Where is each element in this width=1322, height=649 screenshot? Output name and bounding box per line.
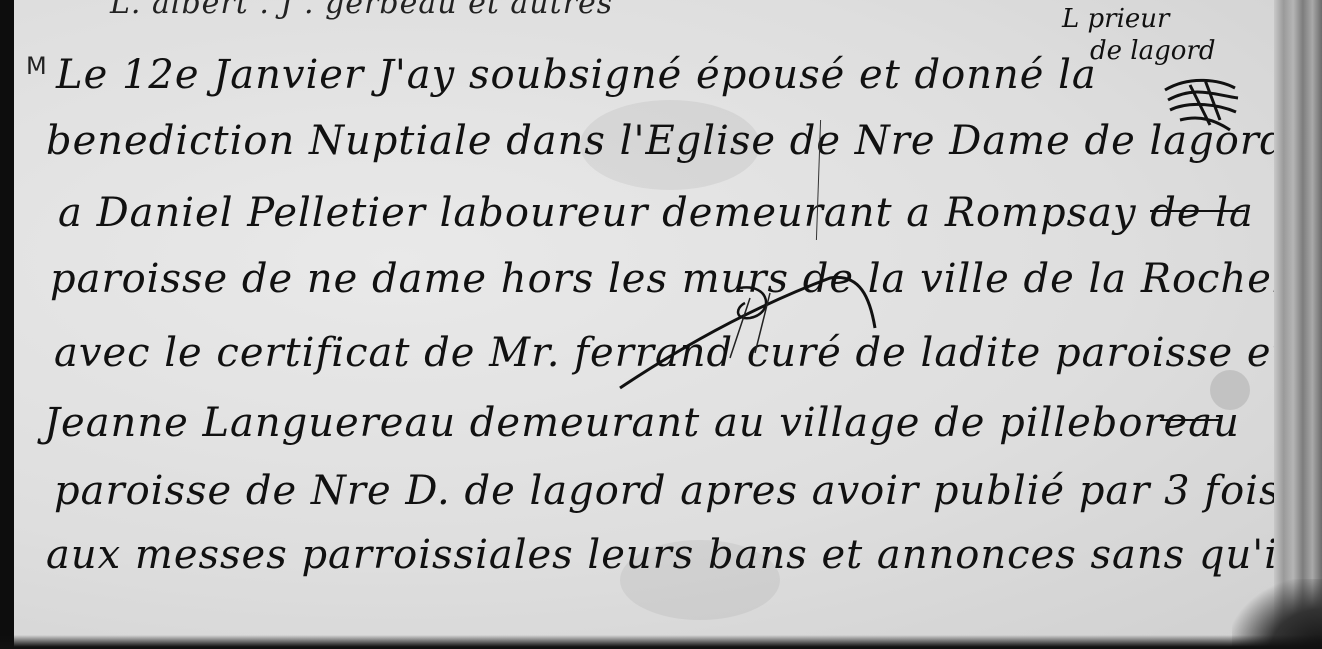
left-scan-border — [0, 0, 14, 649]
top-partial-line: L. albert . J . gerbeau et autres — [110, 0, 613, 21]
marginal-annotation-line-2: de lagord — [1090, 36, 1215, 66]
line-end-dash — [1150, 210, 1245, 212]
document-page: L. albert . J . gerbeau et autres M Le 1… — [0, 0, 1322, 649]
margin-mark: M — [26, 52, 47, 80]
page-binding-edge — [1274, 0, 1322, 649]
line-end-dash — [1160, 419, 1220, 421]
text-line-2: benediction Nuptiale dans l'Eglise de Nr… — [46, 118, 1287, 164]
text-line-7: paroisse de Nre D. de lagord apres avoir… — [54, 468, 1280, 514]
signature-flourish-icon — [1160, 70, 1240, 140]
text-line-3: a Daniel Pelletier laboureur demeurant a… — [58, 190, 1254, 236]
marginal-annotation-line-1: L prieur — [1062, 4, 1169, 34]
text-line-1: Le 12e Janvier J'ay soubsigné épousé et … — [56, 52, 1097, 98]
paraph-flourish-icon — [600, 268, 900, 398]
text-line-8: aux messes parroissiales leurs bans et a… — [46, 532, 1322, 578]
text-line-6: Jeanne Languereau demeurant au village d… — [44, 400, 1240, 446]
bottom-scan-shadow — [0, 635, 1322, 649]
